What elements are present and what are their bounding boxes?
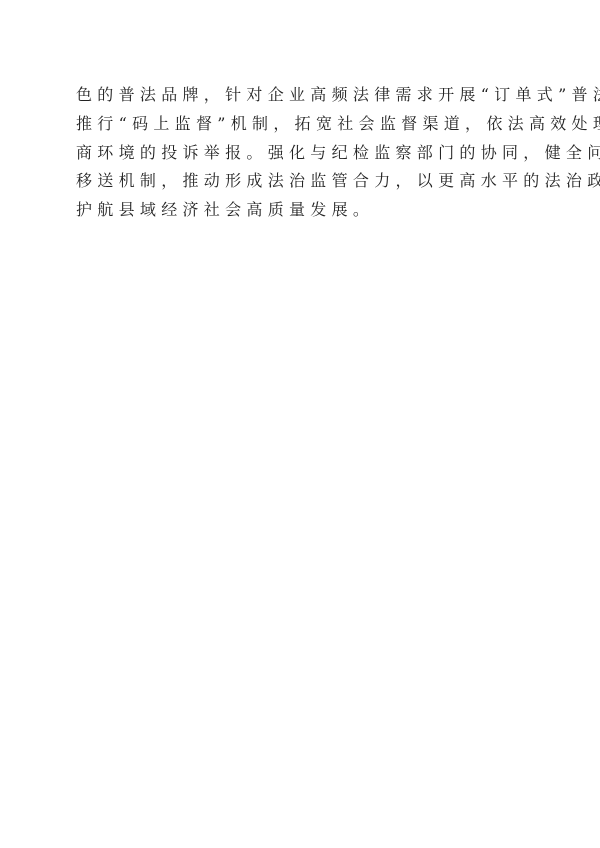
paragraph-line: 商环境的投诉举报。强化与纪检监察部门的协同，健全问题线索 bbox=[76, 139, 536, 168]
body-paragraph: 色的普法品牌，针对企业高频法律需求开展“订单式”普法。全面 推行“码上监督”机制… bbox=[76, 81, 536, 225]
paragraph-line: 色的普法品牌，针对企业高频法律需求开展“订单式”普法。全面 bbox=[76, 81, 536, 110]
paragraph-line: 护航县域经济社会高质量发展。 bbox=[76, 196, 536, 225]
paragraph-line: 推行“码上监督”机制，拓宽社会监督渠道，依法高效处理破坏营 bbox=[76, 110, 536, 139]
paragraph-line: 移送机制，推动形成法治监管合力，以更高水平的法治政府建设 bbox=[76, 167, 536, 196]
document-page: 色的普法品牌，针对企业高频法律需求开展“订单式”普法。全面 推行“码上监督”机制… bbox=[0, 0, 600, 848]
